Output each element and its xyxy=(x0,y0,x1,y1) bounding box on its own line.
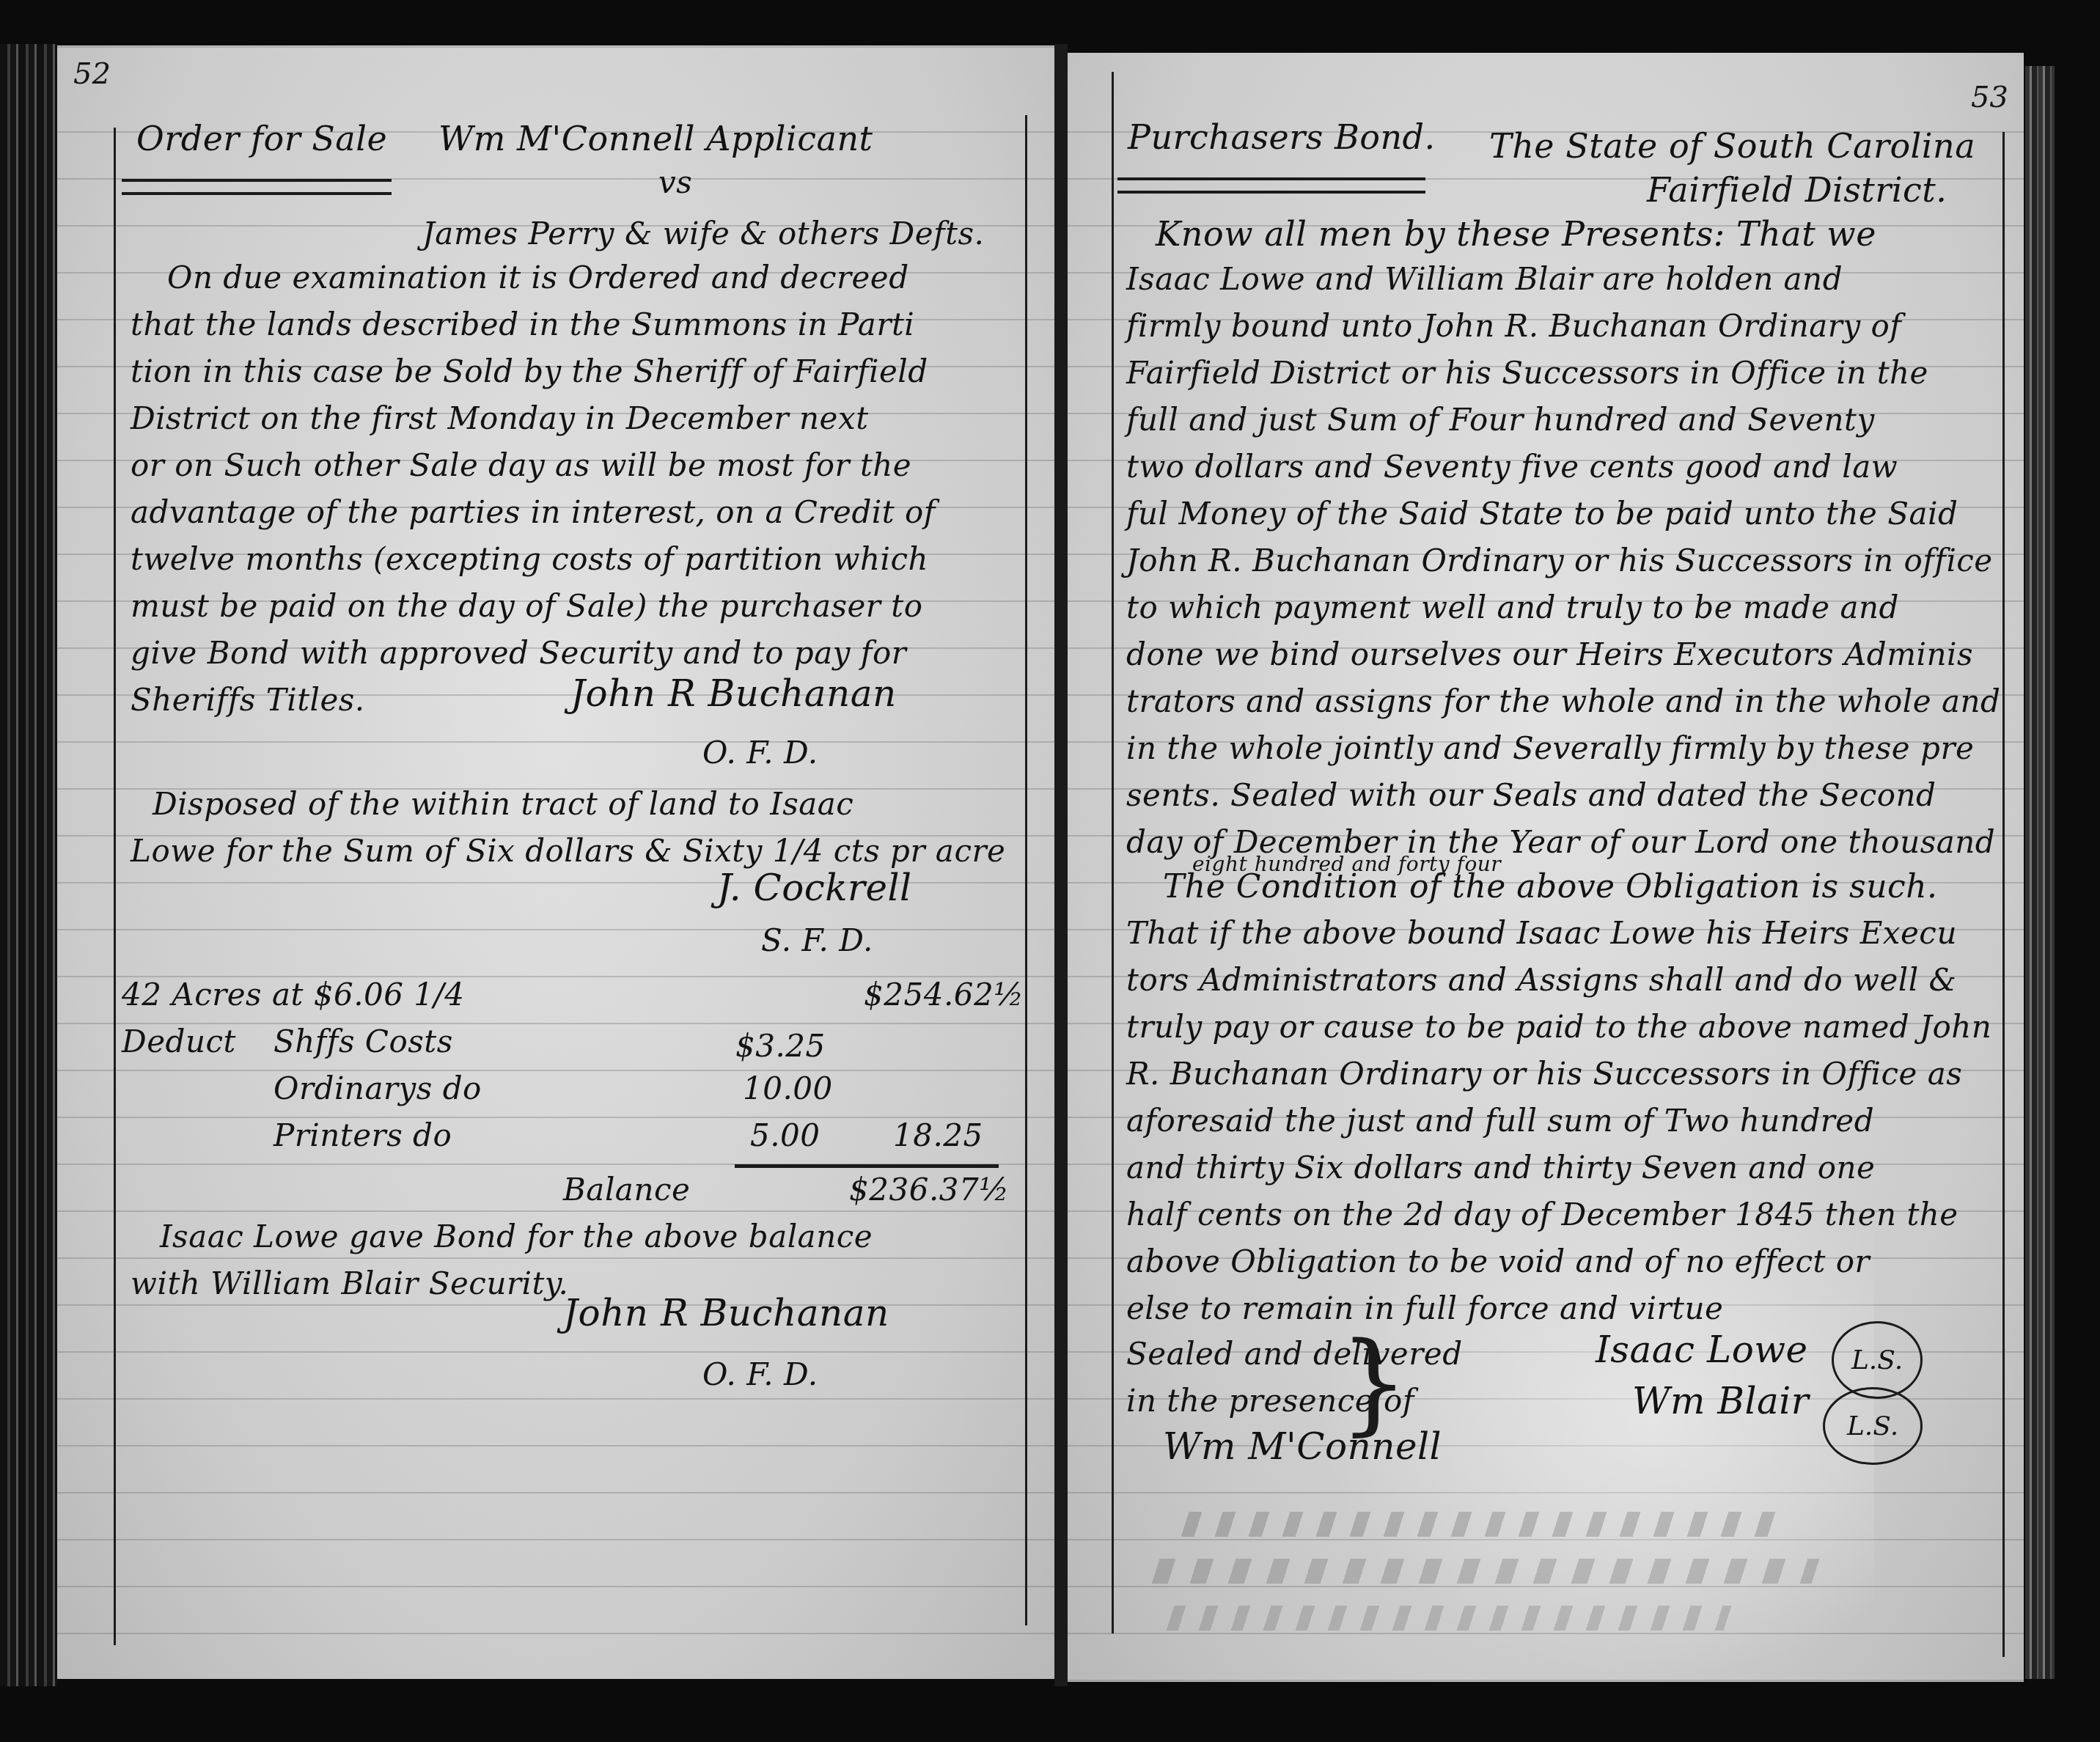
body-line: give Bond with approved Security and to … xyxy=(131,635,906,671)
body-line: On due examination it is Ordered and dec… xyxy=(167,260,909,295)
body-line: two dollars and Seventy five cents good … xyxy=(1126,449,1898,485)
body-line: Sheriffs Titles. xyxy=(131,682,365,718)
body-line: Know all men by these Presents: That we xyxy=(1156,214,1876,254)
body-line: in the whole jointly and Severally firml… xyxy=(1126,730,1974,766)
condition-line: and thirty Six dollars and thirty Seven … xyxy=(1126,1150,1875,1186)
body-line: Isaac Lowe and William Blair are holden … xyxy=(1126,261,1843,297)
body-line: must be paid on the day of Sale) the pur… xyxy=(131,588,922,624)
seal-label: L.S. xyxy=(1847,1411,1898,1441)
body-line: or on Such other Sale day as will be mos… xyxy=(131,447,911,483)
state-line: The State of South Carolina xyxy=(1489,126,1975,166)
accounts-label: 42 Acres at $6.06 1/4 xyxy=(122,977,464,1013)
signature-title-3: O. F. D. xyxy=(702,1356,818,1392)
caption-applicant: Wm M'Connell Applicant xyxy=(438,119,873,158)
body-line: full and just Sum of Four hundred and Se… xyxy=(1126,402,1875,438)
body-line: to which payment well and truly to be ma… xyxy=(1126,589,1899,625)
book-gutter xyxy=(1054,44,1068,1686)
disposal-line: Lowe for the Sum of Six dollars & Sixty … xyxy=(131,833,1005,869)
margin-rule-right xyxy=(2002,132,2005,1657)
accounts-total: $254.62½ xyxy=(864,977,1024,1013)
right-page: 53 Purchasers Bond. The State of South C… xyxy=(1068,53,2024,1682)
signer-isaac-lowe: Isaac Lowe xyxy=(1596,1328,1808,1371)
caption-defendants: James Perry & wife & others Defts. xyxy=(422,216,984,251)
accounts-sub: Shffs Costs xyxy=(273,1023,453,1059)
accounts-amount: 10.00 xyxy=(743,1070,833,1106)
margin-rule-right xyxy=(1025,115,1027,1625)
margin-rule-left xyxy=(1112,72,1114,1633)
body-line: firmly bound unto John R. Buchanan Ordin… xyxy=(1126,308,1901,344)
page-number-right: 53 xyxy=(1971,81,2008,114)
body-line: John R. Buchanan Ordinary or his Success… xyxy=(1126,543,1993,578)
heading-order-for-sale: Order for Sale xyxy=(136,119,387,158)
sum-rule xyxy=(735,1164,999,1168)
book-binding-left xyxy=(0,44,57,1686)
body-line: that the lands described in the Summons … xyxy=(131,306,914,342)
body-line: Fairfield District or his Successors in … xyxy=(1126,355,1928,391)
condition-line: aforesaid the just and full sum of Two h… xyxy=(1126,1103,1874,1139)
body-line: advantage of the parties in interest, on… xyxy=(131,494,936,530)
book-binding-right xyxy=(2025,66,2055,1679)
margin-rule-left xyxy=(114,128,116,1645)
witness-brace: } xyxy=(1339,1328,1409,1438)
body-line: twelve months (excepting costs of partit… xyxy=(131,541,928,577)
disposal-line: Disposed of the within tract of land to … xyxy=(153,786,853,822)
closing-line: with William Blair Security. xyxy=(131,1265,568,1301)
signature-buchanan-2: John R Buchanan xyxy=(563,1292,889,1334)
witness-line: Sealed and delivered xyxy=(1126,1336,1463,1372)
signature-title-2: S. F. D. xyxy=(761,922,873,958)
signature-cockrell: J. Cockrell xyxy=(717,867,912,909)
condition-line: That if the above bound Isaac Lowe his H… xyxy=(1126,915,1957,951)
accounts-label: Deduct xyxy=(122,1023,236,1059)
condition-line: The Condition of the above Obligation is… xyxy=(1163,868,1937,905)
accounts-sub: Printers do xyxy=(273,1117,452,1153)
left-page: 52 Order for Sale Wm M'Connell Applicant… xyxy=(57,45,1056,1679)
page-number-left: 52 xyxy=(73,57,111,91)
seal-label: L.S. xyxy=(1851,1345,1903,1375)
closing-line: Isaac Lowe gave Bond for the above balan… xyxy=(160,1219,873,1254)
body-line: ful Money of the Said State to be paid u… xyxy=(1126,496,1958,532)
body-line: sents. Sealed with our Seals and dated t… xyxy=(1126,777,1936,813)
accounts-amount: $3.25 xyxy=(735,1028,826,1064)
balance-value: $236.37½ xyxy=(849,1172,1009,1208)
condition-line: half cents on the 2d day of December 184… xyxy=(1126,1197,1958,1232)
signature-buchanan-1: John R Buchanan xyxy=(570,672,897,715)
signer-wm-blair: Wm Blair xyxy=(1632,1380,1809,1422)
signature-title-1: O. F. D. xyxy=(702,735,818,771)
heading-underline xyxy=(122,179,392,195)
condition-line: tors Administrators and Assigns shall an… xyxy=(1126,962,1956,998)
heading-underline xyxy=(1117,177,1425,194)
body-line: done we bind ourselves our Heirs Executo… xyxy=(1126,636,1973,672)
accounts-sub: Ordinarys do xyxy=(273,1070,482,1106)
caption-vs: vs xyxy=(658,164,692,200)
condition-line: above Obligation to be void and of no ef… xyxy=(1126,1243,1870,1279)
seal-icon: L.S. xyxy=(1823,1387,1923,1465)
condition-line: truly pay or cause to be paid to the abo… xyxy=(1126,1009,1991,1045)
accounts-amount: 5.00 xyxy=(750,1117,820,1153)
body-line: tion in this case be Sold by the Sheriff… xyxy=(131,353,928,389)
heading-purchasers-bond: Purchasers Bond. xyxy=(1128,117,1436,157)
body-line: District on the first Monday in December… xyxy=(131,400,869,436)
balance-label: Balance xyxy=(563,1172,690,1208)
district-line: Fairfield District. xyxy=(1647,170,1947,210)
body-line: trators and assigns for the whole and in… xyxy=(1126,683,2000,719)
accounts-total: 18.25 xyxy=(893,1117,983,1153)
condition-line: R. Buchanan Ordinary or his Successors i… xyxy=(1126,1056,1962,1092)
condition-line: else to remain in full force and virtue xyxy=(1126,1290,1723,1326)
